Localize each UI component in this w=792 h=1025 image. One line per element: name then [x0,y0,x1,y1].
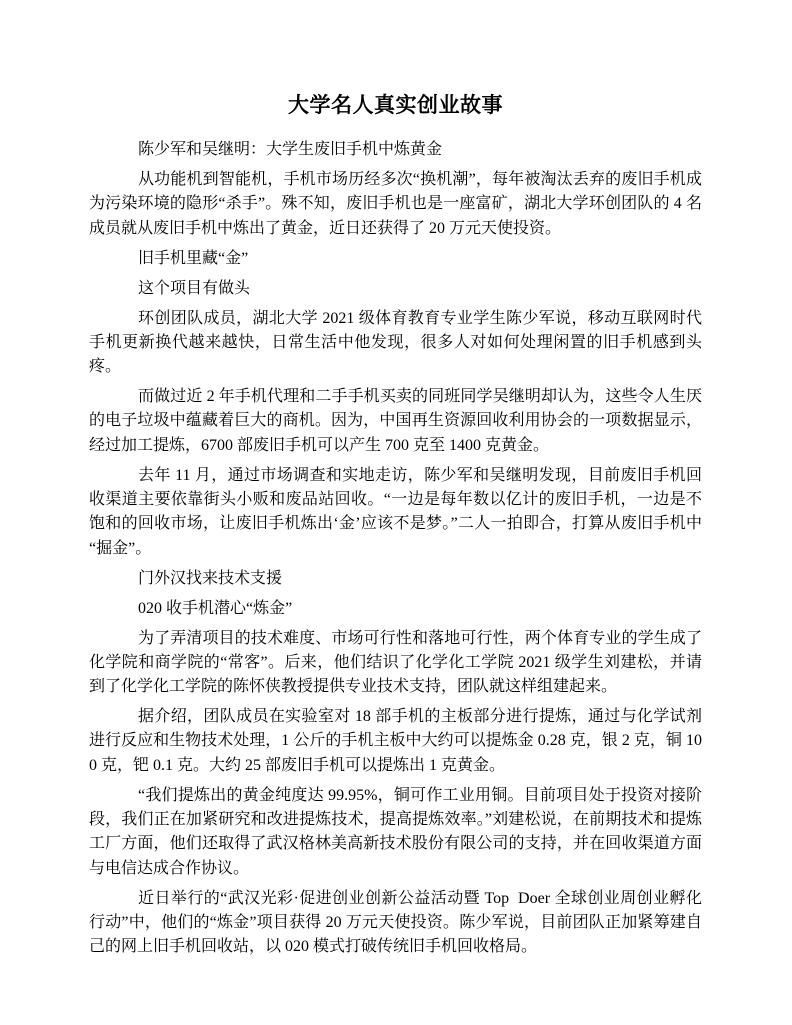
document-page: 大学名人真实创业故事 陈少军和吴继明：大学生废旧手机中炼黄金从功能机到智能机，手… [0,0,792,1025]
body-paragraph: 从功能机到智能机，手机市场历经多次“换机潮”，每年被淘汰丢弃的废旧手机成为污染环… [89,168,702,241]
body-paragraph: 近日举行的“武汉光彩·促进创业创新公益活动暨 Top Doer 全球创业周创业孵… [89,887,702,960]
body-paragraph: 环创团队成员，湖北大学 2021 级体育教育专业学生陈少军说，移动互联网时代手机… [89,307,702,380]
body-paragraph: “我们提炼出的黄金纯度达 99.95%，铜可作工业用铜。目前项目处于投资对接阶段… [89,784,702,881]
document-body: 陈少军和吴继明：大学生废旧手机中炼黄金从功能机到智能机，手机市场历经多次“换机潮… [89,138,702,959]
document-content: 大学名人真实创业故事 陈少军和吴继明：大学生废旧手机中炼黄金从功能机到智能机，手… [89,93,702,965]
body-paragraph: 为了弄清项目的技术难度、市场可行性和落地可行性，两个体育专业的学生成了化学院和商… [89,627,702,700]
subheading-paragraph: 门外汉找来技术支援 [89,567,702,591]
subheading-paragraph: 陈少军和吴继明：大学生废旧手机中炼黄金 [89,138,702,162]
document-title: 大学名人真实创业故事 [89,93,702,117]
subheading-paragraph: 这个项目有做头 [89,277,702,301]
subheading-paragraph: 020 收手机潜心“炼金” [89,597,702,621]
body-paragraph: 而做过近 2 年手机代理和二手手机买卖的同班同学吴继明却认为，这些令人生厌的电子… [89,385,702,458]
subheading-paragraph: 旧手机里藏“金” [89,247,702,271]
body-paragraph: 据介绍，团队成员在实验室对 18 部手机的主板部分进行提炼，通过与化学试剂进行反… [89,705,702,778]
body-paragraph: 去年 11 月，通过市场调查和实地走访，陈少军和吴继明发现，目前废旧手机回收渠道… [89,464,702,561]
